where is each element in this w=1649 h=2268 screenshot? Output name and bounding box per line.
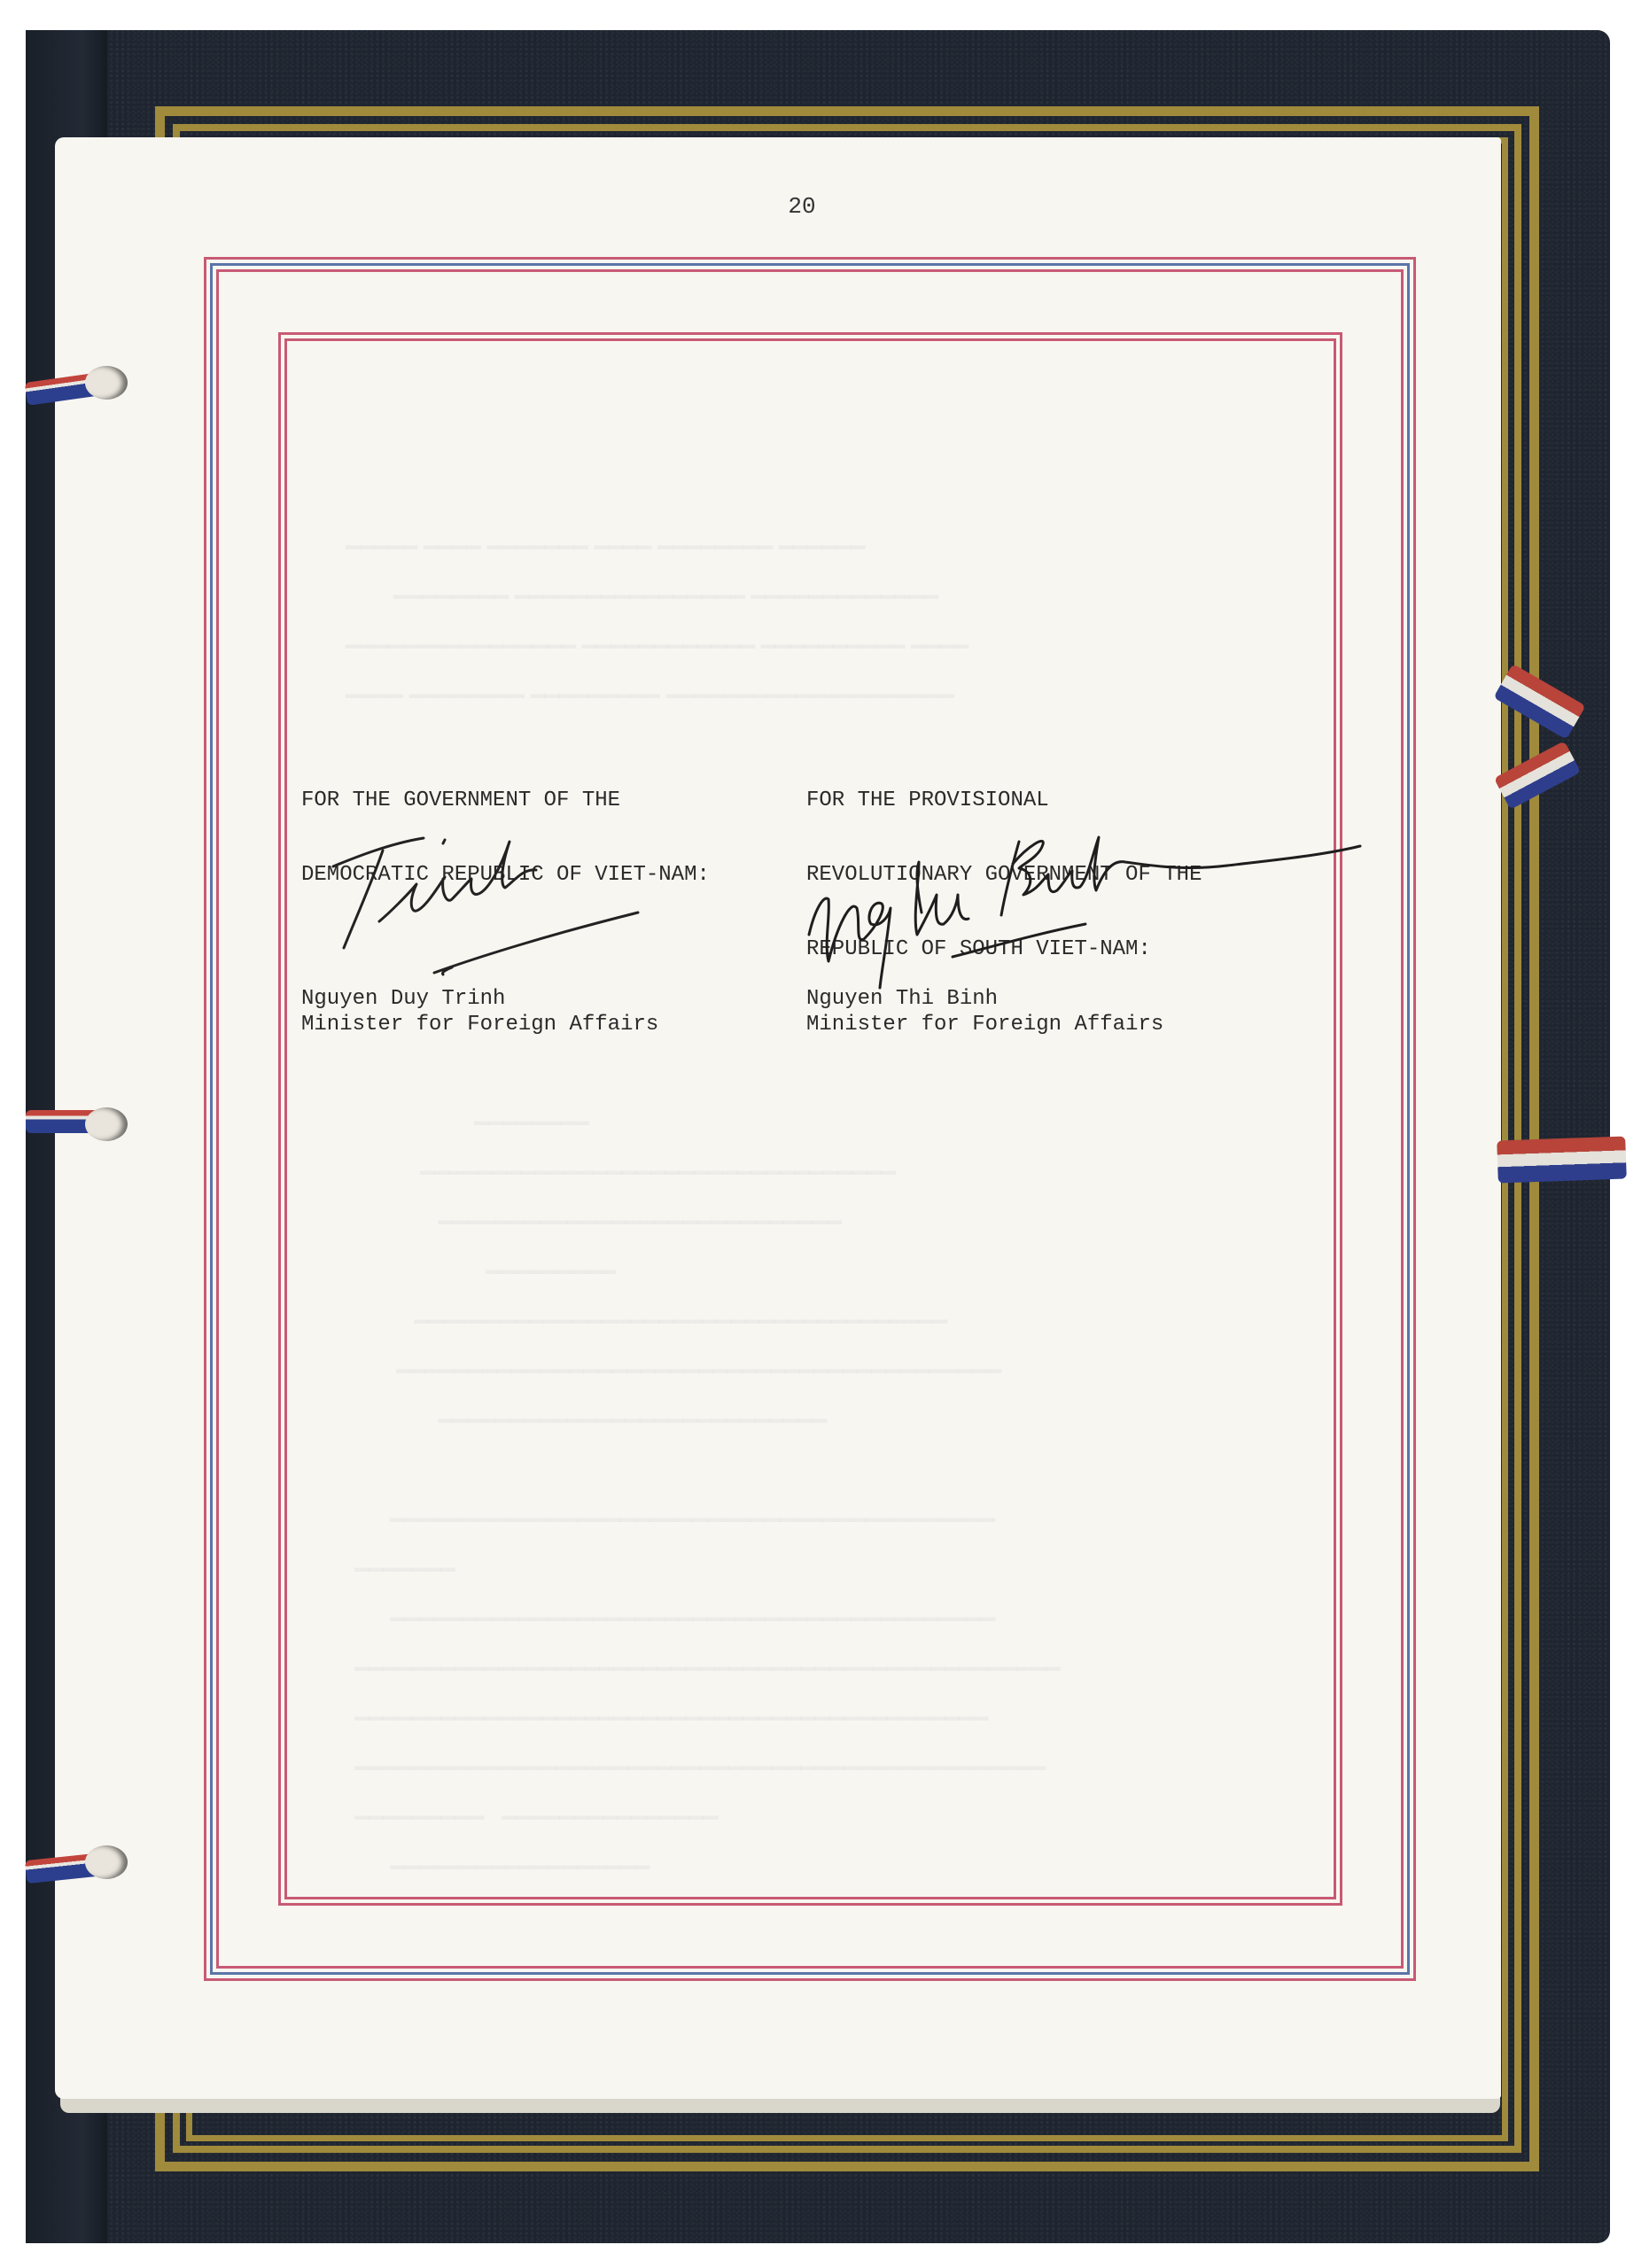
binding-hole-bottom bbox=[85, 1845, 128, 1879]
reverse-bleed-through: ━━━━━ ━━━━ ━━━━━━━ ━━━━ ━━━━━━━━ ━━━━━━ … bbox=[346, 523, 968, 721]
binding-ribbon-right-lower bbox=[1497, 1136, 1627, 1183]
signature-binh bbox=[802, 819, 1369, 997]
page-number: 20 bbox=[780, 193, 824, 220]
signatory-dr-vietnam-name-block: Nguyen Duy Trinh Minister for Foreign Af… bbox=[301, 986, 658, 1037]
signatory-name: Nguyen Duy Trinh bbox=[301, 986, 658, 1012]
reverse-bleed-through-lower: ━━━━━━━━ ━━━━━━━━━━━━━━━━━━━━━━━━━━━━━━━… bbox=[354, 1099, 1061, 1892]
signatory-header-line: FOR THE PROVISIONAL bbox=[806, 788, 1202, 813]
signatory-title: Minister for Foreign Affairs bbox=[806, 1012, 1163, 1037]
signatory-prg-south-vietnam-name-block: Nguyen Thi Binh Minister for Foreign Aff… bbox=[806, 986, 1163, 1037]
signatory-name: Nguyen Thi Binh bbox=[806, 986, 1163, 1012]
signatory-header-line: FOR THE GOVERNMENT OF THE bbox=[301, 788, 710, 813]
binding-hole-middle bbox=[85, 1107, 128, 1141]
signatory-title: Minister for Foreign Affairs bbox=[301, 1012, 658, 1037]
binding-hole-top bbox=[85, 366, 128, 400]
signature-trinh bbox=[319, 824, 673, 983]
